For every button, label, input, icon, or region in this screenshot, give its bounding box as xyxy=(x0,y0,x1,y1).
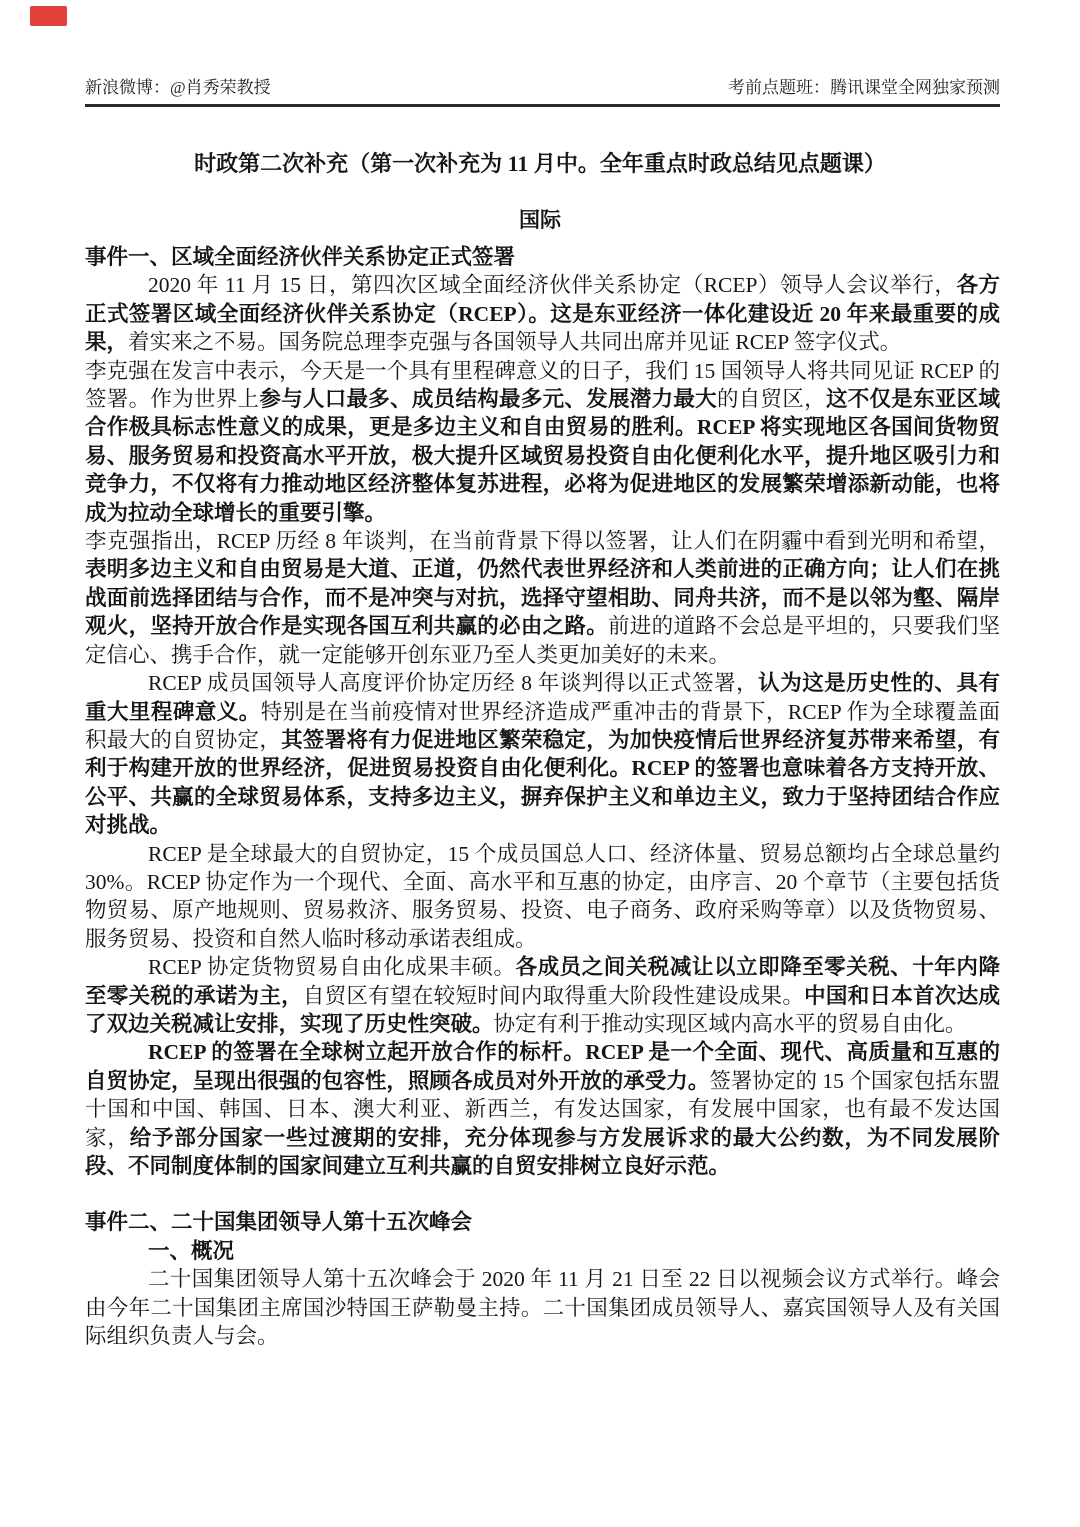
bold-text-run: 事件一、区域全面经济伙伴关系协定正式签署 xyxy=(85,245,515,269)
text-run: 李克强指出，RCEP 历经 8 年谈判，在当前背景下得以签署，让人们在阴霾中看到… xyxy=(85,529,1000,553)
bold-text-run: 给予部分国家一些过渡期的安排，充分体现参与方发展诉求的最大公约数，为不同发展阶段… xyxy=(85,1126,1000,1178)
section-heading: 事件一、区域全面经济伙伴关系协定正式签署 xyxy=(85,243,1000,271)
text-run: RCEP 是全球最大的自贸协定，15 个成员国总人口、经济体量、贸易总额均占全球… xyxy=(85,842,1000,951)
text-run: RCEP 成员国领导人高度评价协定历经 8 年谈判得以正式签署， xyxy=(148,671,758,695)
red-corner-mark xyxy=(30,6,67,26)
text-run: 二十国集团领导人第十五次峰会于 2020 年 11 月 21 日至 22 日以视… xyxy=(85,1267,1000,1348)
paragraph: 李克强在发言中表示，今天是一个具有里程碑意义的日子，我们 15 国领导人将共同见… xyxy=(85,357,1000,527)
text-run: 2020 年 11 月 15 日，第四次区域全面经济伙伴关系协定（RCEP）领导… xyxy=(148,273,956,297)
paragraph: 李克强指出，RCEP 历经 8 年谈判，在当前背景下得以签署，让人们在阴霾中看到… xyxy=(85,527,1000,669)
paragraph: RCEP 协定货物贸易自由化成果丰硕。各成员之间关税减让以立即降至零关税、十年内… xyxy=(85,953,1000,1038)
document-page: 新浪微博：@肖秀荣教授 考前点题班：腾讯课堂全网独家预测 时政第二次补充（第一次… xyxy=(0,0,1080,1527)
bold-text-run: 参与人口最多、成员结构最多元、发展潜力最大 xyxy=(259,387,717,411)
paragraph: 二十国集团领导人第十五次峰会于 2020 年 11 月 21 日至 22 日以视… xyxy=(85,1265,1000,1350)
bold-text-run: 一、概况 xyxy=(148,1239,234,1263)
paragraph: RCEP 的签署在全球树立起开放合作的标杆。RCEP 是一个全面、现代、高质量和… xyxy=(85,1038,1000,1180)
text-run: 自贸区有望在较短时间内取得重大阶段性建设成果。 xyxy=(303,984,804,1008)
document-subtitle: 国际 xyxy=(0,206,1080,234)
text-run: RCEP 协定货物贸易自由化成果丰硕。 xyxy=(148,955,516,979)
paragraph: RCEP 是全球最大的自贸协定，15 个成员国总人口、经济体量、贸易总额均占全球… xyxy=(85,840,1000,954)
document-body: 事件一、区域全面经济伙伴关系协定正式签署2020 年 11 月 15 日，第四次… xyxy=(85,243,1000,1350)
section-heading: 事件二、二十国集团领导人第十五次峰会 xyxy=(85,1208,1000,1236)
paragraph: RCEP 成员国领导人高度评价协定历经 8 年谈判得以正式签署，认为这是历史性的… xyxy=(85,669,1000,839)
page-header: 新浪微博：@肖秀荣教授 考前点题班：腾讯课堂全网独家预测 xyxy=(85,78,1000,107)
paragraph: 2020 年 11 月 15 日，第四次区域全面经济伙伴关系协定（RCEP）领导… xyxy=(85,271,1000,356)
header-left-text: 新浪微博：@肖秀荣教授 xyxy=(85,78,271,98)
header-right-text: 考前点题班：腾讯课堂全网独家预测 xyxy=(728,78,1000,98)
section-spacer xyxy=(85,1180,1000,1208)
bold-text-run: 事件二、二十国集团领导人第十五次峰会 xyxy=(85,1210,472,1234)
sub-heading: 一、概况 xyxy=(85,1237,1000,1265)
text-run: 着实来之不易。国务院总理李克强与各国领导人共同出席并见证 RCEP 签字仪式。 xyxy=(128,330,901,354)
document-title: 时政第二次补充（第一次补充为 11 月中。全年重点时政总结见点题课） xyxy=(0,149,1080,179)
text-run: 协定有利于推动实现区域内高水平的贸易自由化。 xyxy=(494,1012,967,1036)
text-run: 的自贸区， xyxy=(717,387,826,411)
